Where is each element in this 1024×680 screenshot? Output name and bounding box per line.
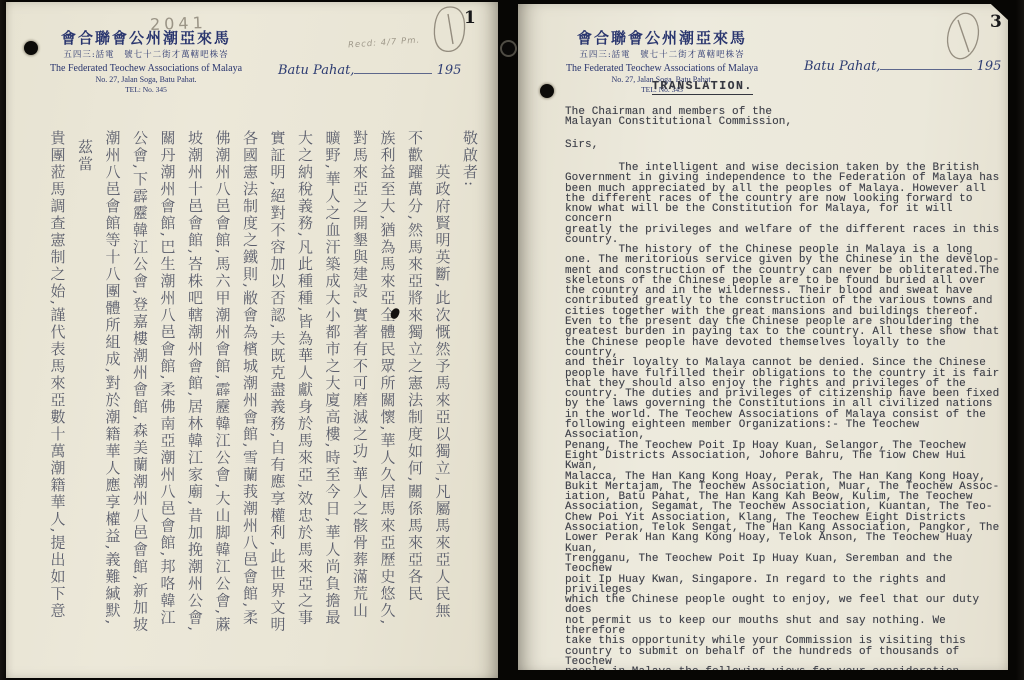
dateline: Batu Pahat, 195: [804, 58, 1001, 74]
letterhead-chinese-name: 會合聯會公州潮亞來馬: [40, 30, 252, 47]
letterhead-chinese-address: 五四三:話電 號七十二街才萬轄吧株峇: [556, 49, 768, 61]
chinese-column: 族利益至大,猶為馬來亞全體民眾所關懷,華人久居馬來亞歷史悠久,: [379, 130, 396, 648]
punch-hole: [540, 84, 554, 98]
dateline-place: Batu Pahat,: [804, 59, 880, 74]
dateline-blank-rule: [880, 58, 972, 70]
chinese-column: 對馬來亞之開墾與建設,實著有不可磨滅之功,華人之骸骨葬滿荒山: [351, 130, 368, 648]
translation-heading: TRANSLATION.: [652, 80, 753, 95]
chinese-column: 貴團蒞馬調查憲制之始,謹代表馬來亞數十萬潮籍華人,提出如下意: [49, 130, 66, 648]
chinese-column: 關丹潮州會館,巴生潮州八邑會館,柔佛南亞潮州八邑會館,邦咯韓江: [159, 130, 176, 648]
punch-hole: [502, 42, 515, 55]
letterhead: 會合聯會公州潮亞來馬 五四三:話電 號七十二街才萬轄吧株峇 The Federa…: [40, 30, 252, 94]
letterhead-english-name: The Federated Teochew Associations of Ma…: [40, 63, 252, 75]
scanned-letter-spread: 2041 1 Recd: 4/7 Pm. 會合聯會公州潮亞來馬 五四三:話電 號…: [0, 0, 1024, 680]
chinese-column: 公會,下霹靂韓江公會,登嘉樓潮州會館,森美蘭潮州八邑會館,新加坡: [131, 130, 148, 648]
dateline: Batu Pahat, 195: [278, 62, 461, 78]
page-number-stamp: 1: [464, 8, 476, 28]
letterhead-telephone: TEL: No. 345: [40, 85, 252, 94]
left-page-chinese-letter: 2041 1 Recd: 4/7 Pm. 會合聯會公州潮亞來馬 五四三:話電 號…: [6, 2, 498, 678]
dateline-year: 195: [977, 59, 1002, 74]
dateline-place: Batu Pahat,: [278, 63, 354, 78]
chinese-column: 大之納稅義務,凡此種種,皆為華人獻身於馬來亞,效忠於馬來亞之事: [296, 130, 313, 648]
page-number-stamp: 3: [990, 12, 1002, 32]
dateline-blank-rule: [354, 62, 432, 74]
pencil-date-note: Recd: 4/7 Pm.: [348, 35, 421, 50]
body-paragraph: The history of the Chinese people in Mal…: [565, 245, 1003, 670]
chinese-column: 茲當: [76, 130, 93, 648]
chinese-column: 潮州八邑會館等十八團體所組成,對於潮籍華人應享權益,義難緘默,: [104, 130, 121, 648]
chinese-column: 敬啟者:: [461, 130, 478, 648]
chinese-column: 實証明,絕對不容加以否認,夫既克盡義務,自有應享權利,此世界文明: [269, 130, 286, 648]
body-paragraph: The intelligent and wise decision taken …: [565, 163, 1003, 245]
chinese-column: 各國憲法制度之鐵則,敝會為檳城潮州會館,雪蘭莪潮州八邑會館,柔: [241, 130, 258, 648]
letterhead-street-address: No. 27, Jalan Soga, Batu Pahat.: [40, 75, 252, 85]
chinese-column: 坡潮州十邑會館,峇株吧轄潮州會館,居林韓江家廟,昔加挽潮州公會,: [186, 130, 203, 648]
right-page-english-translation: 3 會合聯會公州潮亞來馬 五四三:話電 號七十二街才萬轄吧株峇 The Fede…: [518, 4, 1008, 670]
chinese-column: 不歡躍萬分,然馬來亞將來獨立之憲法制度如何,關係馬來亞各民: [406, 130, 423, 648]
recipient-address-block: The Chairman and members of the Malayan …: [565, 107, 1001, 128]
punch-hole: [24, 41, 38, 55]
chinese-column: 佛潮州八邑會館,馬六甲潮州會館,霹靂韓江公會,大山脚韓江公會,蔴: [214, 130, 231, 648]
chinese-column: 曠野,華人之血汗築成大小都市之大廈高樓,時至今日,華人尚負擔最: [324, 130, 341, 648]
salutation: Sirs,: [565, 140, 1001, 150]
dateline-year: 195: [437, 63, 462, 78]
handwritten-chinese-body: 敬啟者: 英政府賢明英斷,此次慨然予馬來亞以獨立,凡屬馬來亞人民無 不歡躍萬分,…: [32, 130, 478, 648]
letterhead-english-name: The Federated Teochew Associations of Ma…: [556, 63, 768, 75]
chinese-column: 英政府賢明英斷,此次慨然予馬來亞以獨立,凡屬馬來亞人民無: [434, 130, 451, 648]
letterhead-chinese-name: 會合聯會公州潮亞來馬: [556, 30, 768, 47]
pencil-circled-mark: [942, 8, 984, 64]
letterhead-chinese-address: 五四三:話電 號七十二街才萬轄吧株峇: [40, 49, 252, 61]
